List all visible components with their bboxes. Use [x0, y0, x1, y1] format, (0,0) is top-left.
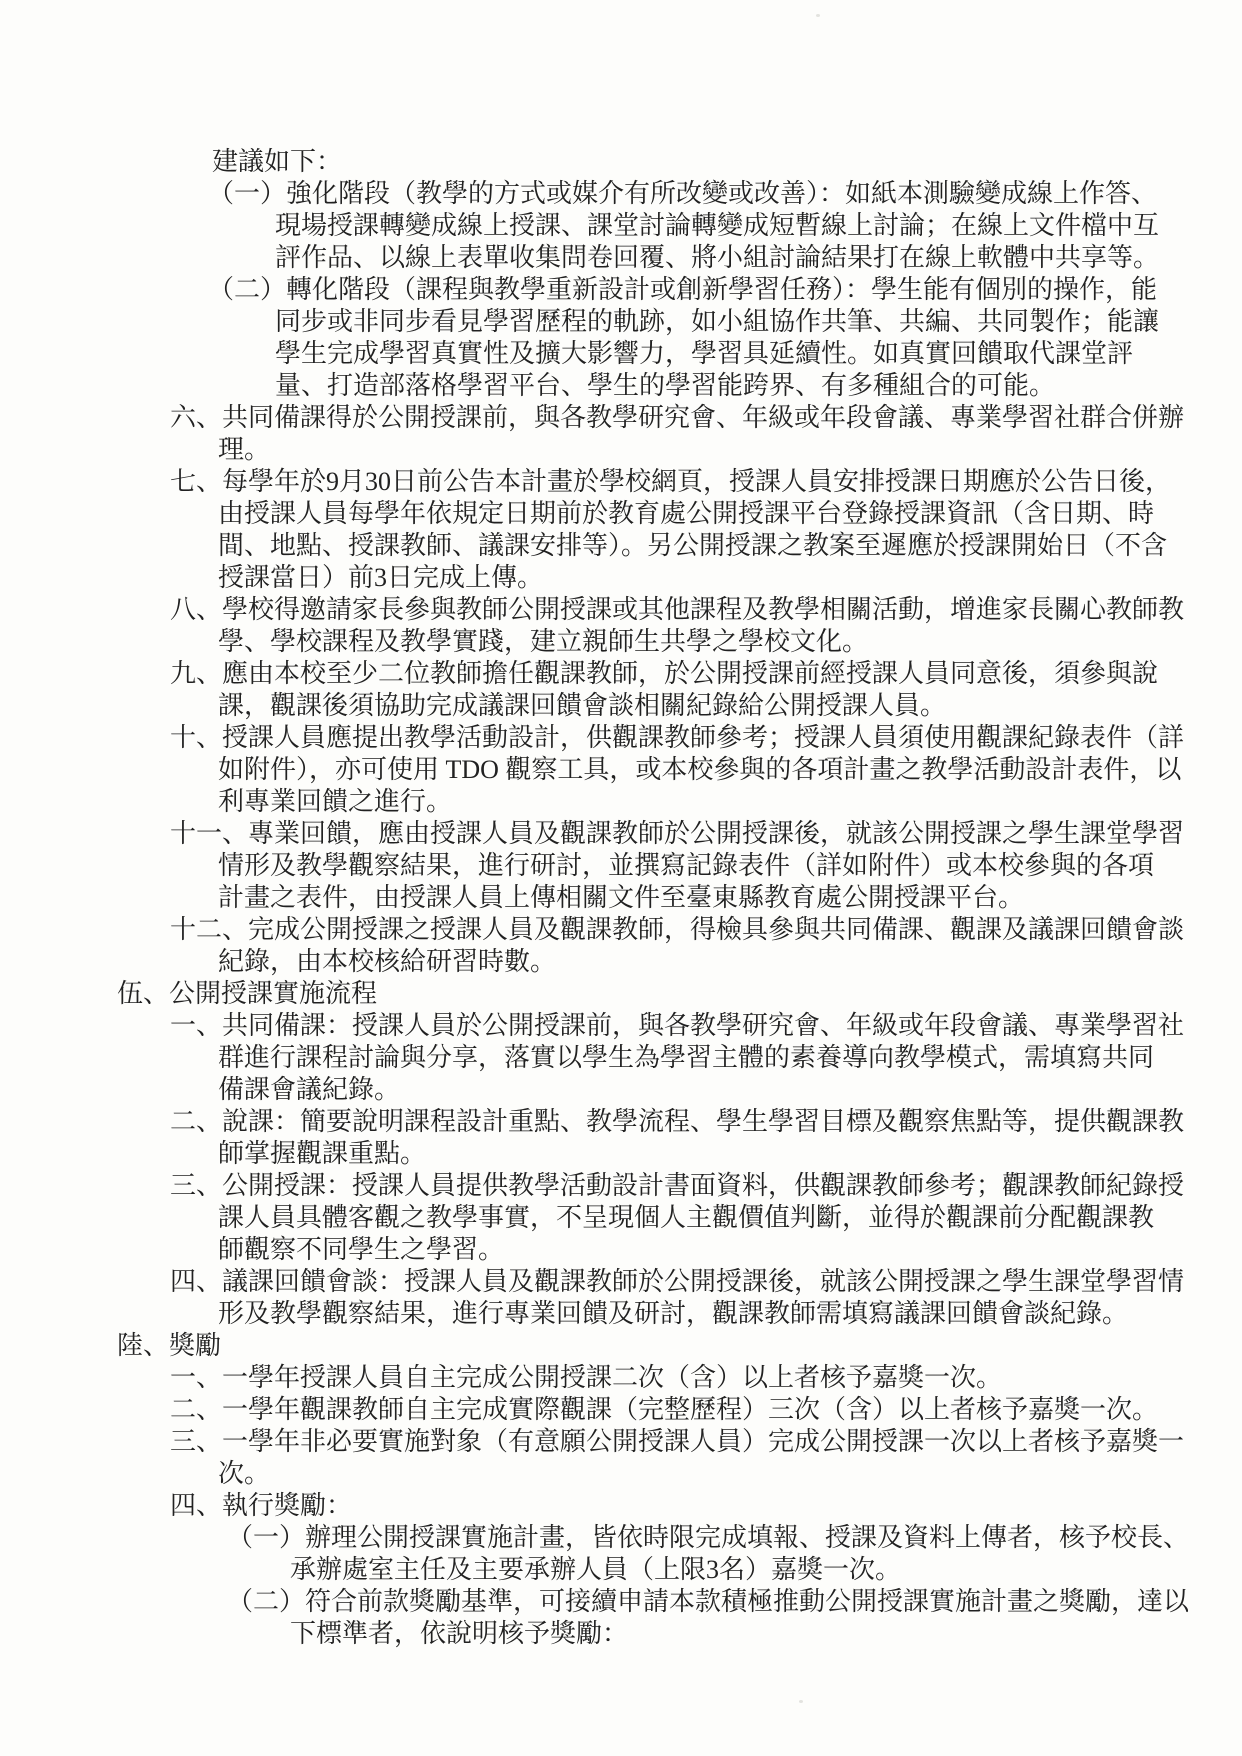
section-heading: 陸、獎勵: [0, 1330, 1242, 1362]
item-wrap-line: 課人員具體客觀之教學事實，不呈現個人主觀價值判斷，並得於觀課前分配觀課教: [0, 1202, 1242, 1234]
numbered-item-line: 一、一學年授課人員自主完成公開授課二次（含）以上者核予嘉獎一次。: [0, 1362, 1242, 1394]
sub-item-line: （二）轉化階段（課程與教學重新設計或創新學習任務）：學生能有個別的操作，能: [0, 274, 1242, 306]
sub-item-wrap-line: 下標準者，依說明核予獎勵：: [0, 1618, 1242, 1650]
item-wrap-line: 由授課人員每學年依規定日期前於教育處公開授課平台登錄授課資訊（含日期、時: [0, 498, 1242, 530]
item-wrap-line: 情形及教學觀察結果，進行研討，並撰寫記錄表件（詳如附件）或本校參與的各項: [0, 850, 1242, 882]
item-wrap-line: 授課當日）前3日完成上傳。: [0, 562, 1242, 594]
item-wrap-line: 次。: [0, 1458, 1242, 1490]
scan-speck: [799, 1700, 803, 1703]
item-wrap-line: 課，觀課後須協助完成議課回饋會談相關紀錄給公開授課人員。: [0, 690, 1242, 722]
item-wrap-line: 形及教學觀察結果，進行專業回饋及研討，觀課教師需填寫議課回饋會談紀錄。: [0, 1298, 1242, 1330]
item-wrap-line: 計畫之表件，由授課人員上傳相關文件至臺東縣教育處公開授課平台。: [0, 882, 1242, 914]
item-wrap-line: 學、學校課程及教學實踐，建立親師生共學之學校文化。: [0, 626, 1242, 658]
numbered-item-line: 三、公開授課：授課人員提供教學活動設計書面資料，供觀課教師參考；觀課教師紀錄授: [0, 1170, 1242, 1202]
numbered-item-line: 十二、完成公開授課之授課人員及觀課教師，得檢具參與共同備課、觀課及議課回饋會談: [0, 914, 1242, 946]
section-heading: 伍、公開授課實施流程: [0, 978, 1242, 1010]
numbered-item-line: 三、一學年非必要實施對象（有意願公開授課人員）完成公開授課一次以上者核予嘉獎一: [0, 1426, 1242, 1458]
item-wrap-line: 備課會議紀錄。: [0, 1074, 1242, 1106]
sub-item-wrap-line: 同步或非同步看見學習歷程的軌跡，如小組協作共筆、共編、共同製作；能讓: [0, 306, 1242, 338]
numbered-item-line: 二、說課：簡要說明課程設計重點、教學流程、學生學習目標及觀察焦點等，提供觀課教: [0, 1106, 1242, 1138]
numbered-item-line: 四、議課回饋會談：授課人員及觀課教師於公開授課後，就該公開授課之學生課堂學習情: [0, 1266, 1242, 1298]
lead-in-line: 建議如下：: [0, 146, 1242, 178]
item-wrap-line: 間、地點、授課教師、議課安排等）。另公開授課之教案至遲應於授課開始日（不含: [0, 530, 1242, 562]
document-page: 建議如下： （一）強化階段（教學的方式或媒介有所改變或改善）：如紙本測驗變成線上…: [0, 0, 1242, 1756]
numbered-item-line: 二、一學年觀課教師自主完成實際觀課（完整歷程）三次（含）以上者核予嘉獎一次。: [0, 1394, 1242, 1426]
numbered-item-line: 八、學校得邀請家長參與教師公開授課或其他課程及教學相關活動，增進家長關心教師教: [0, 594, 1242, 626]
sub-item-wrap-line: 承辦處室主任及主要承辦人員（上限3名）嘉獎一次。: [0, 1554, 1242, 1586]
scan-speck: [816, 14, 820, 17]
sub-item-line: （二）符合前款獎勵基準，可接續申請本款積極推動公開授課實施計畫之獎勵，達以: [0, 1586, 1242, 1618]
numbered-item-line: 四、執行獎勵：: [0, 1490, 1242, 1522]
item-wrap-line: 紀錄，由本校核給研習時數。: [0, 946, 1242, 978]
numbered-item-line: 十、授課人員應提出教學活動設計，供觀課教師參考；授課人員須使用觀課紀錄表件（詳: [0, 722, 1242, 754]
item-wrap-line: 師觀察不同學生之學習。: [0, 1234, 1242, 1266]
numbered-item-line: 一、共同備課：授課人員於公開授課前，與各教學研究會、年級或年段會議、專業學習社: [0, 1010, 1242, 1042]
sub-item-wrap-line: 評作品、以線上表單收集問卷回覆、將小組討論結果打在線上軟體中共享等。: [0, 242, 1242, 274]
sub-item-wrap-line: 現場授課轉變成線上授課、課堂討論轉變成短暫線上討論；在線上文件檔中互: [0, 210, 1242, 242]
sub-item-line: （一）強化階段（教學的方式或媒介有所改變或改善）：如紙本測驗變成線上作答、: [0, 178, 1242, 210]
item-wrap-line: 理。: [0, 434, 1242, 466]
numbered-item-line: 十一、專業回饋，應由授課人員及觀課教師於公開授課後，就該公開授課之學生課堂學習: [0, 818, 1242, 850]
item-wrap-line: 如附件），亦可使用 TDO 觀察工具，或本校參與的各項計畫之教學活動設計表件，以: [0, 754, 1242, 786]
sub-item-wrap-line: 量、打造部落格學習平台、學生的學習能跨界、有多種組合的可能。: [0, 370, 1242, 402]
item-wrap-line: 群進行課程討論與分享，落實以學生為學習主體的素養導向教學模式，需填寫共同: [0, 1042, 1242, 1074]
item-wrap-line: 利專業回饋之進行。: [0, 786, 1242, 818]
numbered-item-line: 七、每學年於9月30日前公告本計畫於學校網頁，授課人員安排授課日期應於公告日後，: [0, 466, 1242, 498]
numbered-item-line: 六、共同備課得於公開授課前，與各教學研究會、年級或年段會議、專業學習社群合併辦: [0, 402, 1242, 434]
item-wrap-line: 師掌握觀課重點。: [0, 1138, 1242, 1170]
numbered-item-line: 九、應由本校至少二位教師擔任觀課教師，於公開授課前經授課人員同意後，須參與說: [0, 658, 1242, 690]
sub-item-wrap-line: 學生完成學習真實性及擴大影響力，學習具延續性。如真實回饋取代課堂評: [0, 338, 1242, 370]
sub-item-line: （一）辦理公開授課實施計畫，皆依時限完成填報、授課及資料上傳者，核予校長、: [0, 1522, 1242, 1554]
